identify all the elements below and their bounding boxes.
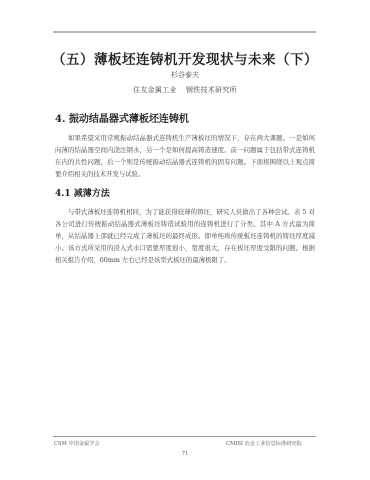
author-name: 杉谷泰夫 [0,70,370,80]
section-4-body: 如果希望采用常规振动结晶器式连铸机生产薄板坯的情况下，存在两大课题。一是如何向薄… [55,132,315,180]
page-number: 71 [0,451,370,457]
footer-rule [53,436,316,437]
paragraph: 如果希望采用常规振动结晶器式连铸机生产薄板坯的情况下，存在两大课题。一是如何向薄… [55,132,315,180]
header-rule [53,31,316,33]
article-title: （五）薄板坯连铸机开发现状与未来（下） [0,48,370,68]
section-heading-4: 4. 振动结晶器式薄板坯连铸机 [55,110,189,125]
affiliation-company: 住友金属工业 [133,86,177,94]
affiliation-lab: 钢铁技术研究所 [186,86,237,94]
paragraph: 与带式薄板坯连铸机相同，为了能获得较薄的铸坯，研究人员做出了各种尝试。表 5 对… [55,206,315,266]
section-heading-4-1: 4.1 减薄方法 [55,186,110,199]
footer-left-org: CSM 中国金属学会 [54,440,100,447]
section-4-1-body: 与带式薄板坯连铸机相同，为了能获得较薄的铸坯，研究人员做出了各种尝试。表 5 对… [55,206,315,266]
footer-right-org: CMISI 冶金工业信息标准研究院 [226,440,302,447]
author-affiliation: 住友金属工业钢铁技术研究所 [0,85,370,95]
